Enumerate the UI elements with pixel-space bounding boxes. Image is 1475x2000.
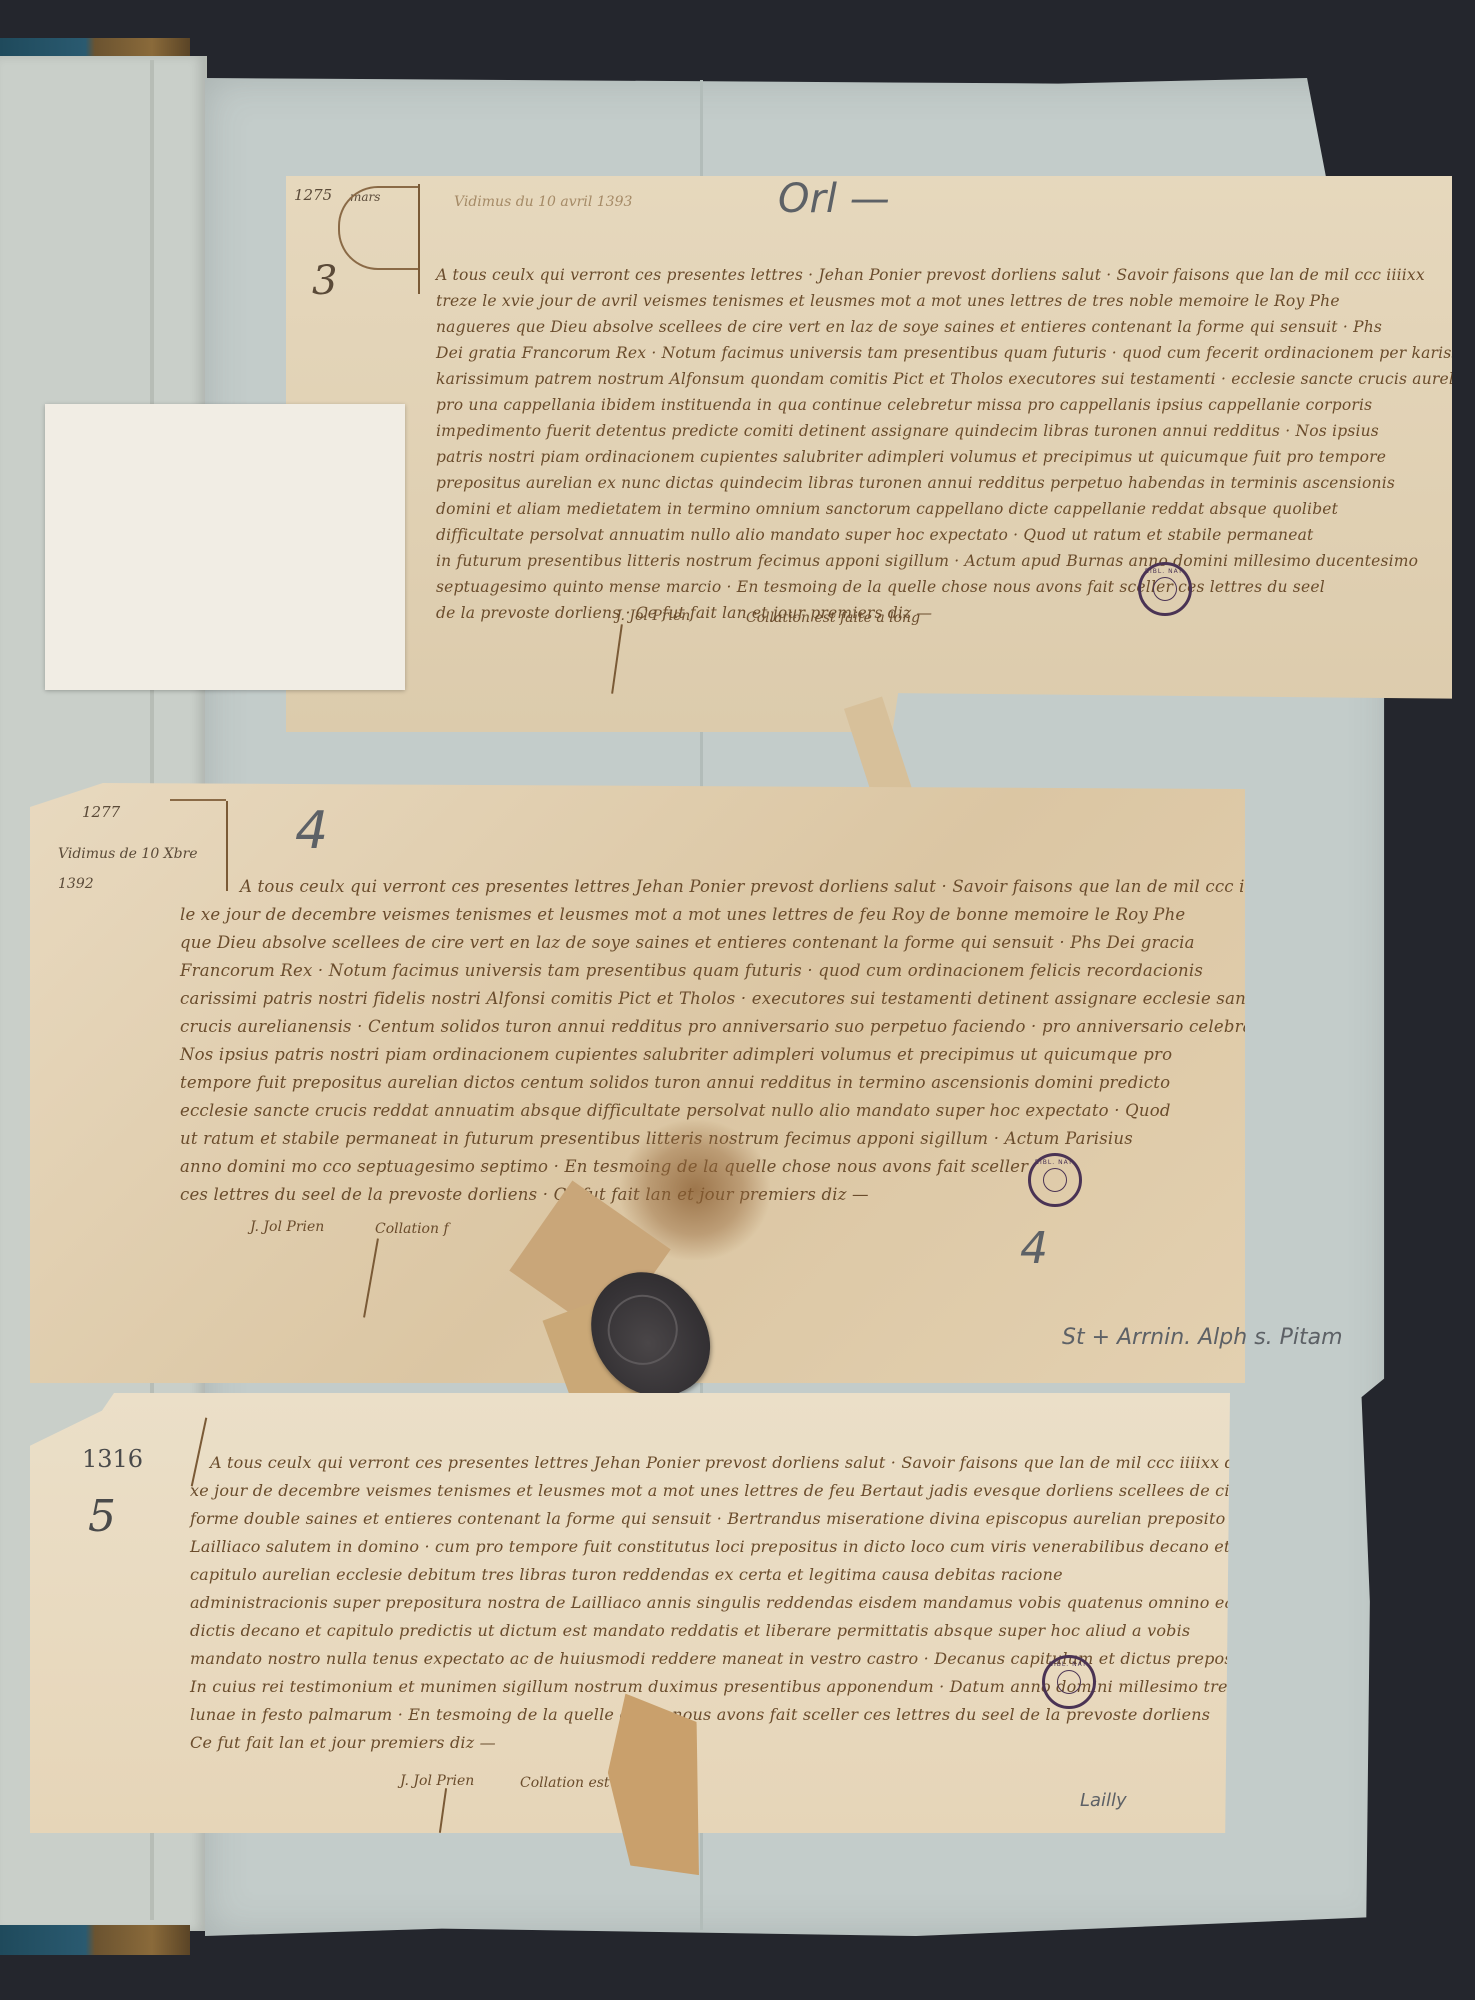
folio-number: 1277 xyxy=(82,803,120,821)
collation-note: Collation est faite a long xyxy=(746,610,920,626)
item-number: 5 xyxy=(88,1491,116,1542)
text-line: dictis decano et capitulo predictis ut d… xyxy=(190,1621,1190,1640)
text-line: A tous ceulx qui verront ces presentes l… xyxy=(210,1453,1294,1472)
pencil-note-archive: St + Arrnin. Alph s. Pitam xyxy=(1062,1325,1343,1350)
text-line: treze le xvie jour de avril veismes teni… xyxy=(436,292,1340,310)
text-line: Ce fut fait lan et jour premiers diz — xyxy=(190,1733,496,1752)
signature-flourish xyxy=(439,1788,447,1833)
heading-note: Vidimus du 10 avril 1393 xyxy=(454,194,632,210)
text-line: karissimum patrem nostrum Alfonsum quond… xyxy=(436,370,1475,388)
item-number-bottom: 4 xyxy=(1020,1223,1048,1274)
charter-1: 1275 mars 3 Vidimus du 10 avril 1393 Orl… xyxy=(286,176,1452,732)
text-line: Lailliaco salutem in domino · cum pro te… xyxy=(190,1537,1231,1556)
text-line: In cuius rei testimonium et munimen sigi… xyxy=(190,1677,1392,1696)
text-line: administracionis super prepositura nostr… xyxy=(190,1593,1234,1612)
signature-flourish xyxy=(363,1238,379,1317)
text-line: patris nostri piam ordinacionem cupiente… xyxy=(436,448,1386,466)
text-line: tempore fuit prepositus aurelian dictos … xyxy=(180,1073,1170,1092)
text-line: forme double saines et entieres contenan… xyxy=(190,1509,1285,1528)
text-line: domini et aliam medietatem in termino om… xyxy=(436,500,1338,518)
text-line: capitulo aurelian ecclesie debitum tres … xyxy=(190,1565,1063,1584)
text-line: Nos ipsius patris nostri piam ordinacion… xyxy=(180,1045,1172,1064)
seal-impression xyxy=(595,1282,690,1377)
text-line: pro una cappellania ibidem instituenda i… xyxy=(436,396,1372,414)
initial-flourish xyxy=(170,799,226,804)
text-line: nagueres que Dieu absolve scellees de ci… xyxy=(436,318,1382,336)
library-stamp: BIBL. NAT. xyxy=(1042,1655,1096,1709)
text-line: que Dieu absolve scellees de cire vert e… xyxy=(180,933,1195,952)
library-stamp: BIBL. NAT. xyxy=(1028,1153,1082,1207)
pencil-note-lailly: Lailly xyxy=(1080,1790,1127,1811)
folio-number: 1275 xyxy=(294,186,332,204)
library-stamp: BIBL. NAT. xyxy=(1138,562,1192,616)
text-line: crucis aurelianensis · Centum solidos tu… xyxy=(180,1017,1284,1036)
initial-stem xyxy=(418,184,420,294)
text-line: difficultate persolvat annuatim nullo al… xyxy=(436,526,1313,544)
pencil-mark: Orl — xyxy=(778,176,890,222)
blank-paper-slip xyxy=(45,404,405,690)
text-line: impedimento fuerit detentus predicte com… xyxy=(436,422,1379,440)
text-line: Dei gratia Francorum Rex · Notum facimus… xyxy=(436,344,1475,362)
text-line: ecclesie sancte crucis reddat annuatim a… xyxy=(180,1101,1171,1120)
signature-flourish xyxy=(611,624,623,694)
text-line: anno domini mo cco septuagesimo septimo … xyxy=(180,1157,1028,1176)
text-line: Francorum Rex · Notum facimus universis … xyxy=(180,961,1203,980)
book-binding-bottom xyxy=(0,1925,190,1955)
text-line: in futurum presentibus litteris nostrum … xyxy=(436,552,1418,570)
margin-note: Vidimus de 10 Xbre 1392 xyxy=(58,839,208,899)
folio-number: 1316 xyxy=(82,1445,143,1473)
initial-flourish xyxy=(338,186,420,270)
initial-stem xyxy=(191,1418,208,1487)
text-line: carissimi patris nostri fidelis nostri A… xyxy=(180,989,1272,1008)
item-number: 3 xyxy=(312,258,337,304)
text-line: A tous ceulx qui verront ces presentes l… xyxy=(240,877,1336,896)
text-line: lunae in festo palmarum · En tesmoing de… xyxy=(190,1705,1210,1724)
text-line: A tous ceulx qui verront ces presentes l… xyxy=(436,266,1425,284)
collation-note: Collation f xyxy=(375,1221,449,1237)
text-line: prepositus aurelian ex nunc dictas quind… xyxy=(436,474,1395,492)
notary-signature: J. Jol Prien xyxy=(400,1773,474,1789)
text-line: le xe jour de decembre veismes tenismes … xyxy=(180,905,1185,924)
item-number: 4 xyxy=(295,801,328,861)
notary-signature: J. Jol Prien xyxy=(616,608,690,624)
initial-stem xyxy=(226,801,228,891)
notary-signature: J. Jol Prien xyxy=(250,1219,324,1235)
text-line: mandato nostro nulla tenus expectato ac … xyxy=(190,1649,1264,1668)
text-line: xe jour de decembre veismes tenismes et … xyxy=(190,1481,1311,1500)
